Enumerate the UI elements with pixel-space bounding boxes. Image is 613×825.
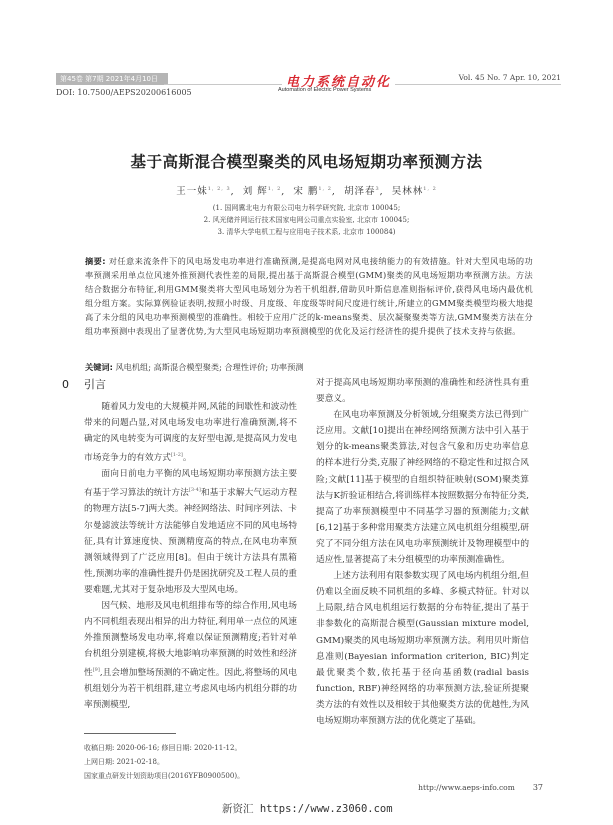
paragraph: 上述方法利用有限参数实现了风电场内机组分组,但仍难以全面反映不同机组的多峰、多模…: [316, 568, 529, 729]
paragraph: 对于提高风电场短期功率预测的准确性和经济性具有重要意义。: [316, 375, 529, 407]
paragraph-text: 和基于求解大气运动方程的物理方法[5-7]两大类。神经网络法、时间序列法、卡尔曼…: [84, 488, 297, 595]
paragraph: 在风电功率预测及分析领域,分组聚类方法已得到广泛应用。文献[10]提出在神经网络…: [316, 407, 529, 568]
keywords-label: 关键词:: [85, 362, 113, 372]
affiliation-1: (1. 国网冀北电力有限公司电力科学研究院, 北京市 100045;: [0, 203, 613, 213]
section-heading: 0引言: [62, 377, 297, 393]
author: 吴林林: [392, 186, 424, 197]
footnote-online: 上网日期: 2021-02-18。: [84, 755, 244, 769]
watermark: 新资汇 https://www.z3060.com: [222, 801, 393, 816]
author-affiliation-mark: 1, 2: [423, 186, 437, 192]
footnote-divider: [84, 733, 176, 734]
citation[interactable]: [3-4]: [189, 487, 201, 493]
issue-badge: 第45卷 第7期 2021年4月10日: [56, 73, 168, 85]
affiliation-2: 2. 风光储并网运行技术国家电网公司重点实验室, 北京市 100045;: [0, 215, 613, 225]
footnote-received: 收稿日期: 2020-06-16; 修回日期: 2020-11-12。: [84, 741, 244, 755]
author-affiliation-mark: 1, 2: [318, 186, 332, 192]
abstract: 摘要: 对任意来流条件下的风电场发电功率进行准确预测,是提高电网对风电接纳能力的…: [85, 254, 533, 338]
doi[interactable]: DOI: 10.7500/AEPS20200616005: [56, 88, 192, 97]
author: 刘 辉: [243, 186, 268, 197]
author-list: 王一妹1, 2, 3, 刘 辉1, 2, 宋 鹏1, 2, 胡泽春3, 吴林林1…: [0, 183, 613, 197]
section-title: 引言: [84, 378, 106, 391]
keywords: 关键词: 风电机组; 高斯混合模型聚类; 合理性评价; 功率预测: [85, 362, 303, 373]
author: 胡泽春: [344, 186, 376, 197]
journal-name-en: Automation of Electric Power Systems: [278, 87, 371, 93]
paragraph: 因气候、地形及风电机组排布等的综合作用,风电场内不同机组表现出相异的出力特征,利…: [84, 598, 297, 714]
footer-url[interactable]: http://www.aeps-info.com: [418, 783, 515, 792]
author: 宋 鹏: [293, 186, 318, 197]
column-right: 对于提高风电场短期功率预测的准确性和经济性具有重要意义。 在风电功率预测及分析领…: [316, 375, 529, 729]
page-number: 37: [533, 783, 543, 792]
footnote-funding: 国家重点研发计划资助项目(2016YFB0900500)。: [84, 769, 244, 783]
paragraph-text: 因气候、地形及风电机组排布等的综合作用,风电场内不同机组表现出相异的出力特征,利…: [84, 601, 297, 678]
author-affiliation-mark: 1, 2, 3: [208, 186, 231, 192]
volume-info: Vol. 45 No. 7 Apr. 10, 2021: [455, 73, 561, 82]
citation[interactable]: [9]: [93, 667, 100, 673]
citation[interactable]: [1-2]: [171, 452, 183, 458]
journal-header: 第45卷 第7期 2021年4月10日 DOI: 10.7500/AEPS202…: [56, 73, 561, 103]
paragraph: 面向日前电力平衡的风电场短期功率预测方法主要有基于学习算法的统计方法[3-4]和…: [84, 466, 297, 598]
column-left: 0引言 随着风力发电的大规模并网,风能的间歇性和波动性带来的问题凸显,对风电场发…: [84, 375, 297, 714]
footnotes: 收稿日期: 2020-06-16; 修回日期: 2020-11-12。 上网日期…: [84, 741, 244, 783]
paragraph-text: 。: [183, 453, 192, 463]
paragraph-text: ,且会增加整场预测的不确定性。因此,将整场的风电机组划分为若干机组群,建立考虑风…: [84, 668, 297, 710]
keywords-text: 风电机组; 高斯混合模型聚类; 合理性评价; 功率预测: [115, 362, 303, 372]
paper-title: 基于高斯混合模型聚类的风电场短期功率预测方法: [0, 150, 613, 172]
author-affiliation-mark: 1, 2: [268, 186, 282, 192]
abstract-label: 摘要:: [85, 256, 106, 266]
paragraph: 随着风力发电的大规模并网,风能的间歇性和波动性带来的问题凸显,对风电场发电功率进…: [84, 399, 297, 466]
page-footer: http://www.aeps-info.com37: [418, 783, 543, 792]
author: 王一妹: [176, 186, 208, 197]
affiliation-3: 3. 清华大学电机工程与应用电子技术系, 北京市 100084): [0, 227, 613, 237]
abstract-text: 对任意来流条件下的风电场发电功率进行准确预测,是提高电网对风电接纳能力的有效措施…: [85, 256, 533, 336]
author-affiliation-mark: 3: [375, 186, 379, 192]
section-number: 0: [62, 377, 84, 393]
